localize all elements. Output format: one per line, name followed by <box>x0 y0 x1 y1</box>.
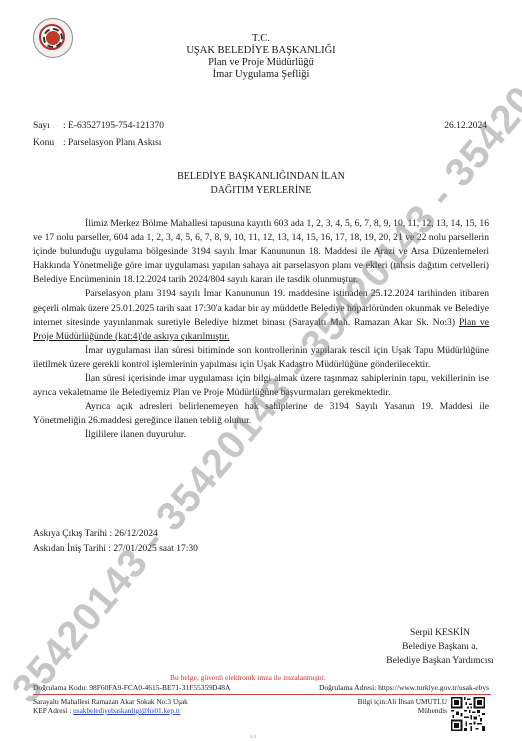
kep-label: KEP Adresi : <box>33 706 73 715</box>
qr-code-icon <box>451 697 485 731</box>
document-header: T.C. UŞAK BELEDİYE BAŞKANLIĞI Plan ve Pr… <box>0 33 522 81</box>
konu-label: Konu <box>33 138 63 148</box>
paragraph-4: İlan süresi içerisinde imar uygulaması i… <box>33 372 489 400</box>
contact-person: Bilgi için:Ali İhsan UMUTLU <box>358 697 447 706</box>
verification-code: Doğrulama Kodu: 98F60FA9-FCA0-4615-BE71-… <box>33 683 230 692</box>
document-date: 26.12.2024 <box>444 121 487 131</box>
subject-row: Konu: Parselasyon Planı Askısı <box>33 138 161 148</box>
posting-start-date: Askıya Çıkış Tarihi : 26/12/2024 <box>33 527 198 542</box>
kep-row: KEP Adresi : usakbelediyebaskanligi@hs01… <box>33 706 188 715</box>
posting-dates: Askıya Çıkış Tarihi : 26/12/2024 Askıdan… <box>33 527 198 557</box>
announcement-title: BELEDİYE BAŞKANLIĞINDAN İLAN DAĞITIM YER… <box>0 170 522 198</box>
signature-block: Serpil KESKİN Belediye Başkanı a. Beledi… <box>370 626 510 668</box>
sayi-value: : E-63527195-754-121370 <box>63 121 164 131</box>
paragraph-3: İmar uygulaması ilan süresi bitiminde so… <box>33 344 489 372</box>
paragraph-1: İlimiz Merkez Bölme Mahallesi tapusuna k… <box>33 217 489 287</box>
footer-divider <box>33 694 491 695</box>
page-number: 1/1 <box>250 735 256 740</box>
paragraph-5: Ayrıca açık adresleri belirlenemeyen hak… <box>33 400 489 428</box>
verification-row: Doğrulama Kodu: 98F60FA9-FCA0-4615-BE71-… <box>33 683 489 692</box>
konu-value: : Parselasyon Planı Askısı <box>63 138 161 148</box>
header-department: Plan ve Proje Müdürlüğü <box>0 57 522 69</box>
title-line-1: BELEDİYE BAŞKANLIĞINDAN İLAN <box>0 170 522 184</box>
paragraph-2-text: Parselasyon planı 3194 sayılı İmar Kanun… <box>33 288 489 327</box>
posting-end-date: Askıdan İniş Tarihi : 27/01/2025 saat 17… <box>33 542 198 557</box>
header-tc: T.C. <box>0 33 522 45</box>
signer-title-1: Belediye Başkanı a. <box>370 640 510 654</box>
signer-title-2: Belediye Başkan Yardımcısı <box>370 654 510 668</box>
document-page: T.C. UŞAK BELEDİYE BAŞKANLIĞI Plan ve Pr… <box>0 0 522 741</box>
contact-info: Bilgi için:Ali İhsan UMUTLU Mühendis <box>358 697 447 715</box>
signer-name: Serpil KESKİN <box>370 626 510 640</box>
header-unit: İmar Uygulama Şefliği <box>0 69 522 81</box>
paragraph-2: Parselasyon planı 3194 sayılı İmar Kanun… <box>33 287 489 343</box>
verification-address: Doğrulama Adresi: https://www.turkiye.go… <box>319 683 489 692</box>
reference-number-row: Sayı: E-63527195-754-121370 <box>33 121 164 131</box>
postal-address: Sarayaltı Mahallesi Ramazan Akar Sokak N… <box>33 697 188 706</box>
announcement-body: İlimiz Merkez Bölme Mahallesi tapusuna k… <box>33 217 489 443</box>
footer-address: Sarayaltı Mahallesi Ramazan Akar Sokak N… <box>33 697 188 715</box>
kep-address-link[interactable]: usakbelediyebaskanligi@hs01.kep.tr <box>73 706 180 715</box>
sayi-label: Sayı <box>33 121 63 131</box>
e-signature-notice: Bu belge, güvenli elektronik imza ile im… <box>170 673 326 682</box>
title-line-2: DAĞITIM YERLERİNE <box>0 184 522 198</box>
paragraph-6: İlgililere ilanen duyurulur. <box>33 428 489 442</box>
header-institution: UŞAK BELEDİYE BAŞKANLIĞI <box>0 45 522 57</box>
contact-role: Mühendis <box>358 706 447 715</box>
